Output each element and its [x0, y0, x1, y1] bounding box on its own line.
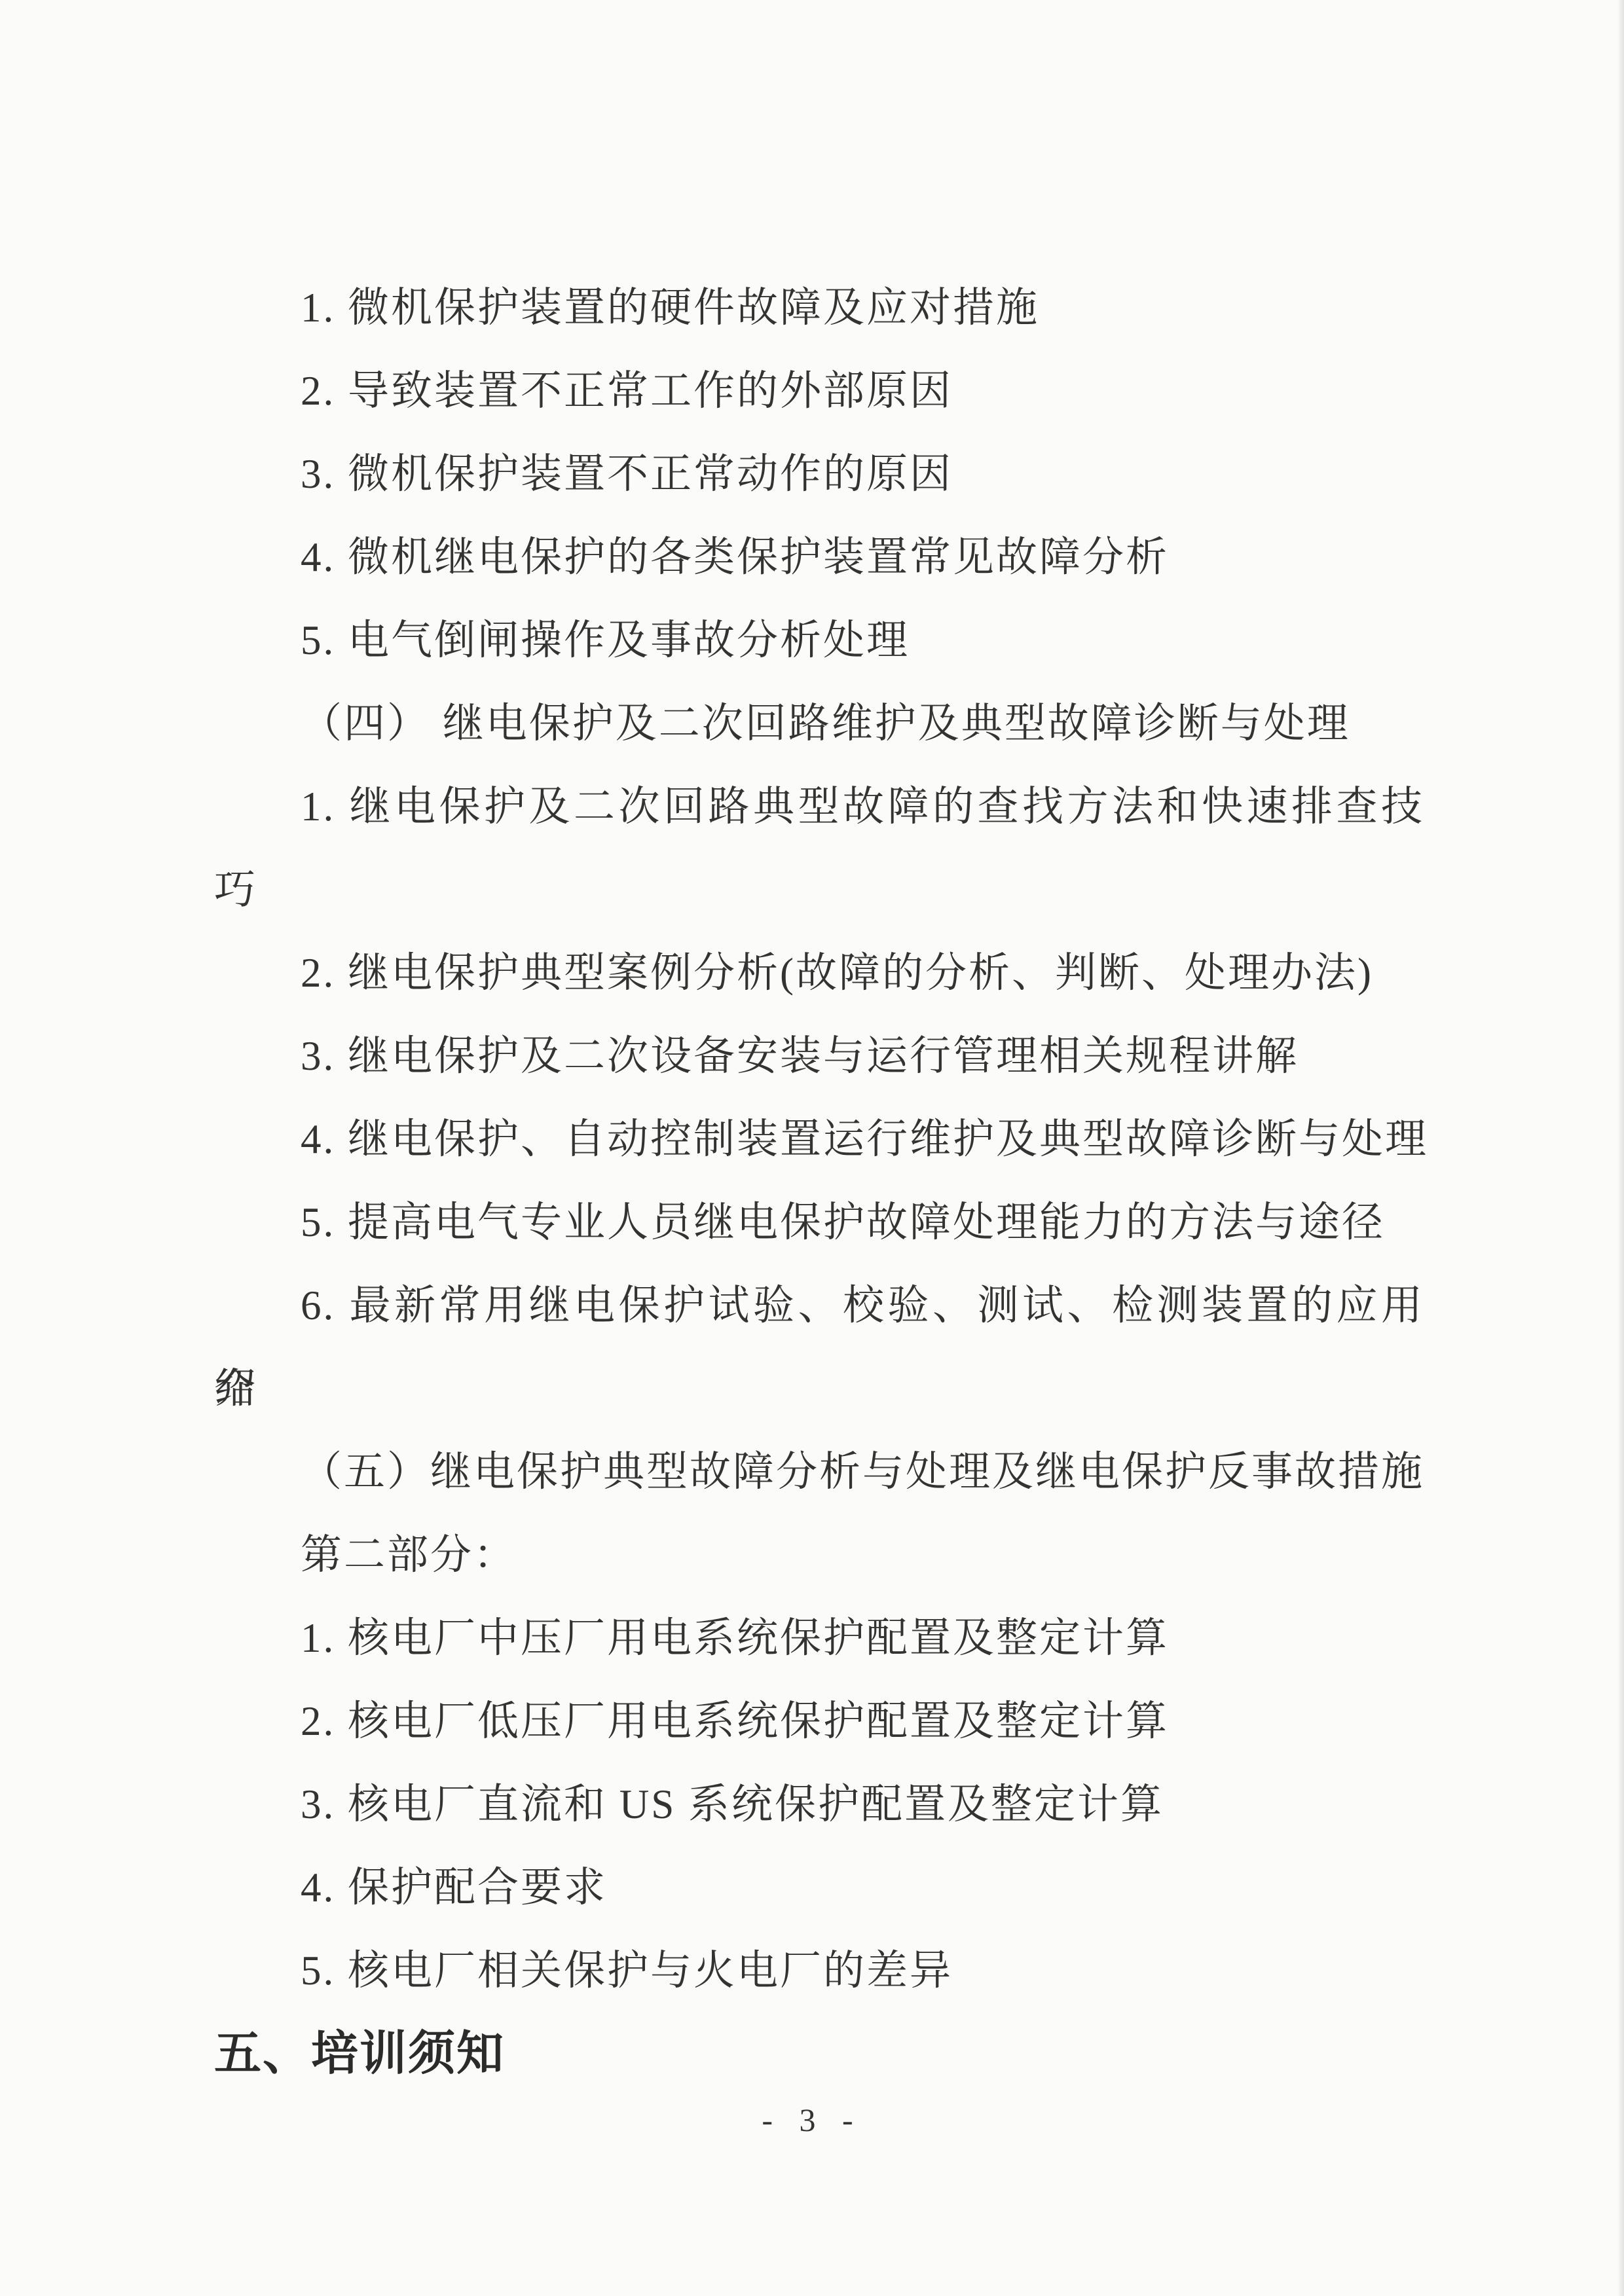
list-item-line: 1. 微机保护装置的硬件故障及应对措施 [214, 266, 1424, 350]
list-item-line: 6. 最新常用继电保护试验、校验、测试、检测装置的应用介 [214, 1264, 1424, 1347]
list-item-line: 2. 核电厂低压厂用电系统保护配置及整定计算 [214, 1680, 1424, 1763]
wrap-continuation-line: 绍 [214, 1347, 1424, 1430]
list-item-line: 2. 继电保护典型案例分析(故障的分析、判断、处理办法) [214, 932, 1424, 1015]
wrap-continuation-line: 巧 [214, 848, 1424, 932]
list-item-line: 5. 电气倒闸操作及事故分析处理 [214, 599, 1424, 682]
page-number: - 3 - [0, 2094, 1624, 2146]
list-item-line: 3. 核电厂直流和 US 系统保护配置及整定计算 [214, 1763, 1424, 1846]
list-item-line: 2. 导致装置不正常工作的外部原因 [214, 350, 1424, 433]
section-heading: 五、培训须知 [214, 2013, 1424, 2096]
list-item-line: 5. 提高电气专业人员继电保护故障处理能力的方法与途径 [214, 1181, 1424, 1264]
list-item-line: 5. 核电厂相关保护与火电厂的差异 [214, 1929, 1424, 2013]
list-item-line: 4. 继电保护、自动控制装置运行维护及典型故障诊断与处理 [214, 1098, 1424, 1181]
list-item-line: （五）继电保护典型故障分析与处理及继电保护反事故措施 [214, 1430, 1424, 1514]
list-item-line: 4. 微机继电保护的各类保护装置常见故障分析 [214, 516, 1424, 599]
list-item-line: 第二部分： [214, 1514, 1424, 1597]
list-item-line: 1. 继电保护及二次回路典型故障的查找方法和快速排查技 [214, 765, 1424, 848]
list-item-line: 3. 继电保护及二次设备安装与运行管理相关规程讲解 [214, 1015, 1424, 1098]
list-item-line: 1. 核电厂中压厂用电系统保护配置及整定计算 [214, 1597, 1424, 1680]
list-item-line: （四） 继电保护及二次回路维护及典型故障诊断与处理 [214, 682, 1424, 765]
scan-edge-shadow [1617, 0, 1624, 2296]
document-page: 1. 微机保护装置的硬件故障及应对措施2. 导致装置不正常工作的外部原因3. 微… [0, 0, 1624, 2296]
list-item-line: 3. 微机保护装置不正常动作的原因 [214, 433, 1424, 516]
document-body: 1. 微机保护装置的硬件故障及应对措施2. 导致装置不正常工作的外部原因3. 微… [214, 266, 1424, 2096]
list-item-line: 4. 保护配合要求 [214, 1846, 1424, 1929]
